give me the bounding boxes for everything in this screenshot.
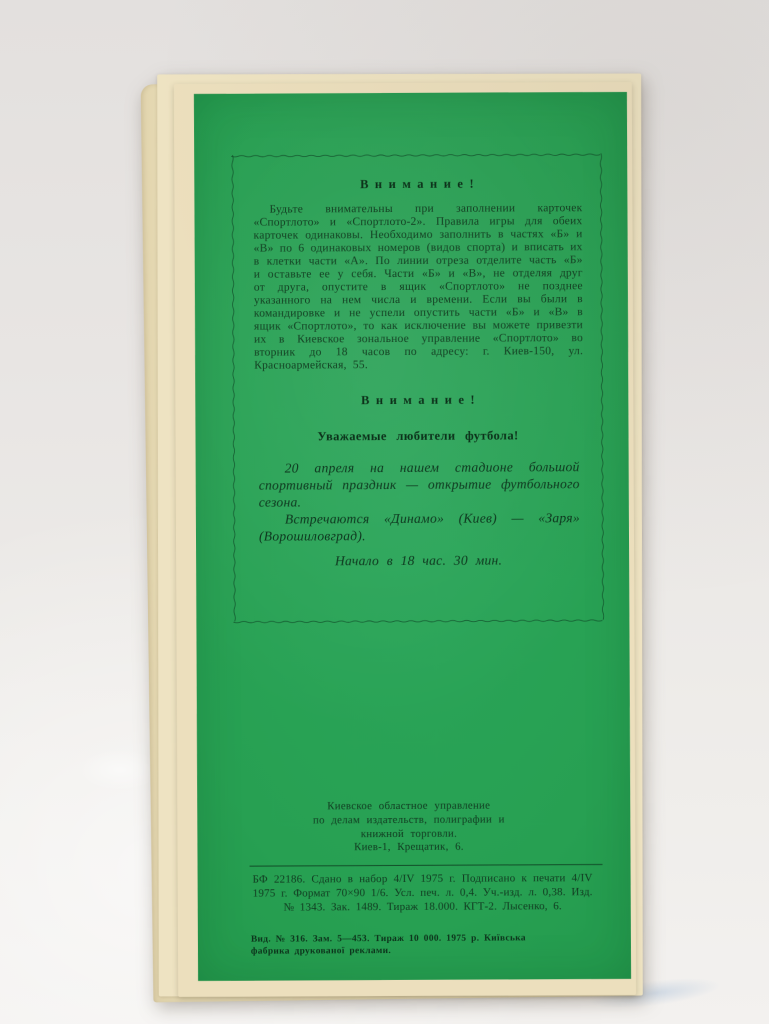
notice-frame: Внимание! Будьте внимательны при заполне…	[231, 153, 604, 624]
publisher-line-4: Киев-1, Крещатик, 6.	[197, 840, 620, 856]
publisher-block: Киевское областное управление по делам и…	[197, 799, 620, 856]
brochure: Внимание! Будьте внимательны при заполне…	[142, 70, 648, 1005]
edition-info: Вид. № 316. Зам. 5—453. Тираж 10 000. 19…	[251, 932, 569, 957]
photo-background: Внимание! Будьте внимательны при заполне…	[0, 0, 769, 1024]
printed-green-area: Внимание! Будьте внимательны при заполне…	[194, 92, 631, 981]
print-info: БФ 22186. Сдано в набор 4/IV 1975 г. Под…	[253, 871, 593, 915]
back-cover-page: Внимание! Будьте внимательны при заполне…	[174, 82, 636, 997]
imprint-divider	[250, 864, 603, 867]
wavy-border	[231, 153, 604, 624]
